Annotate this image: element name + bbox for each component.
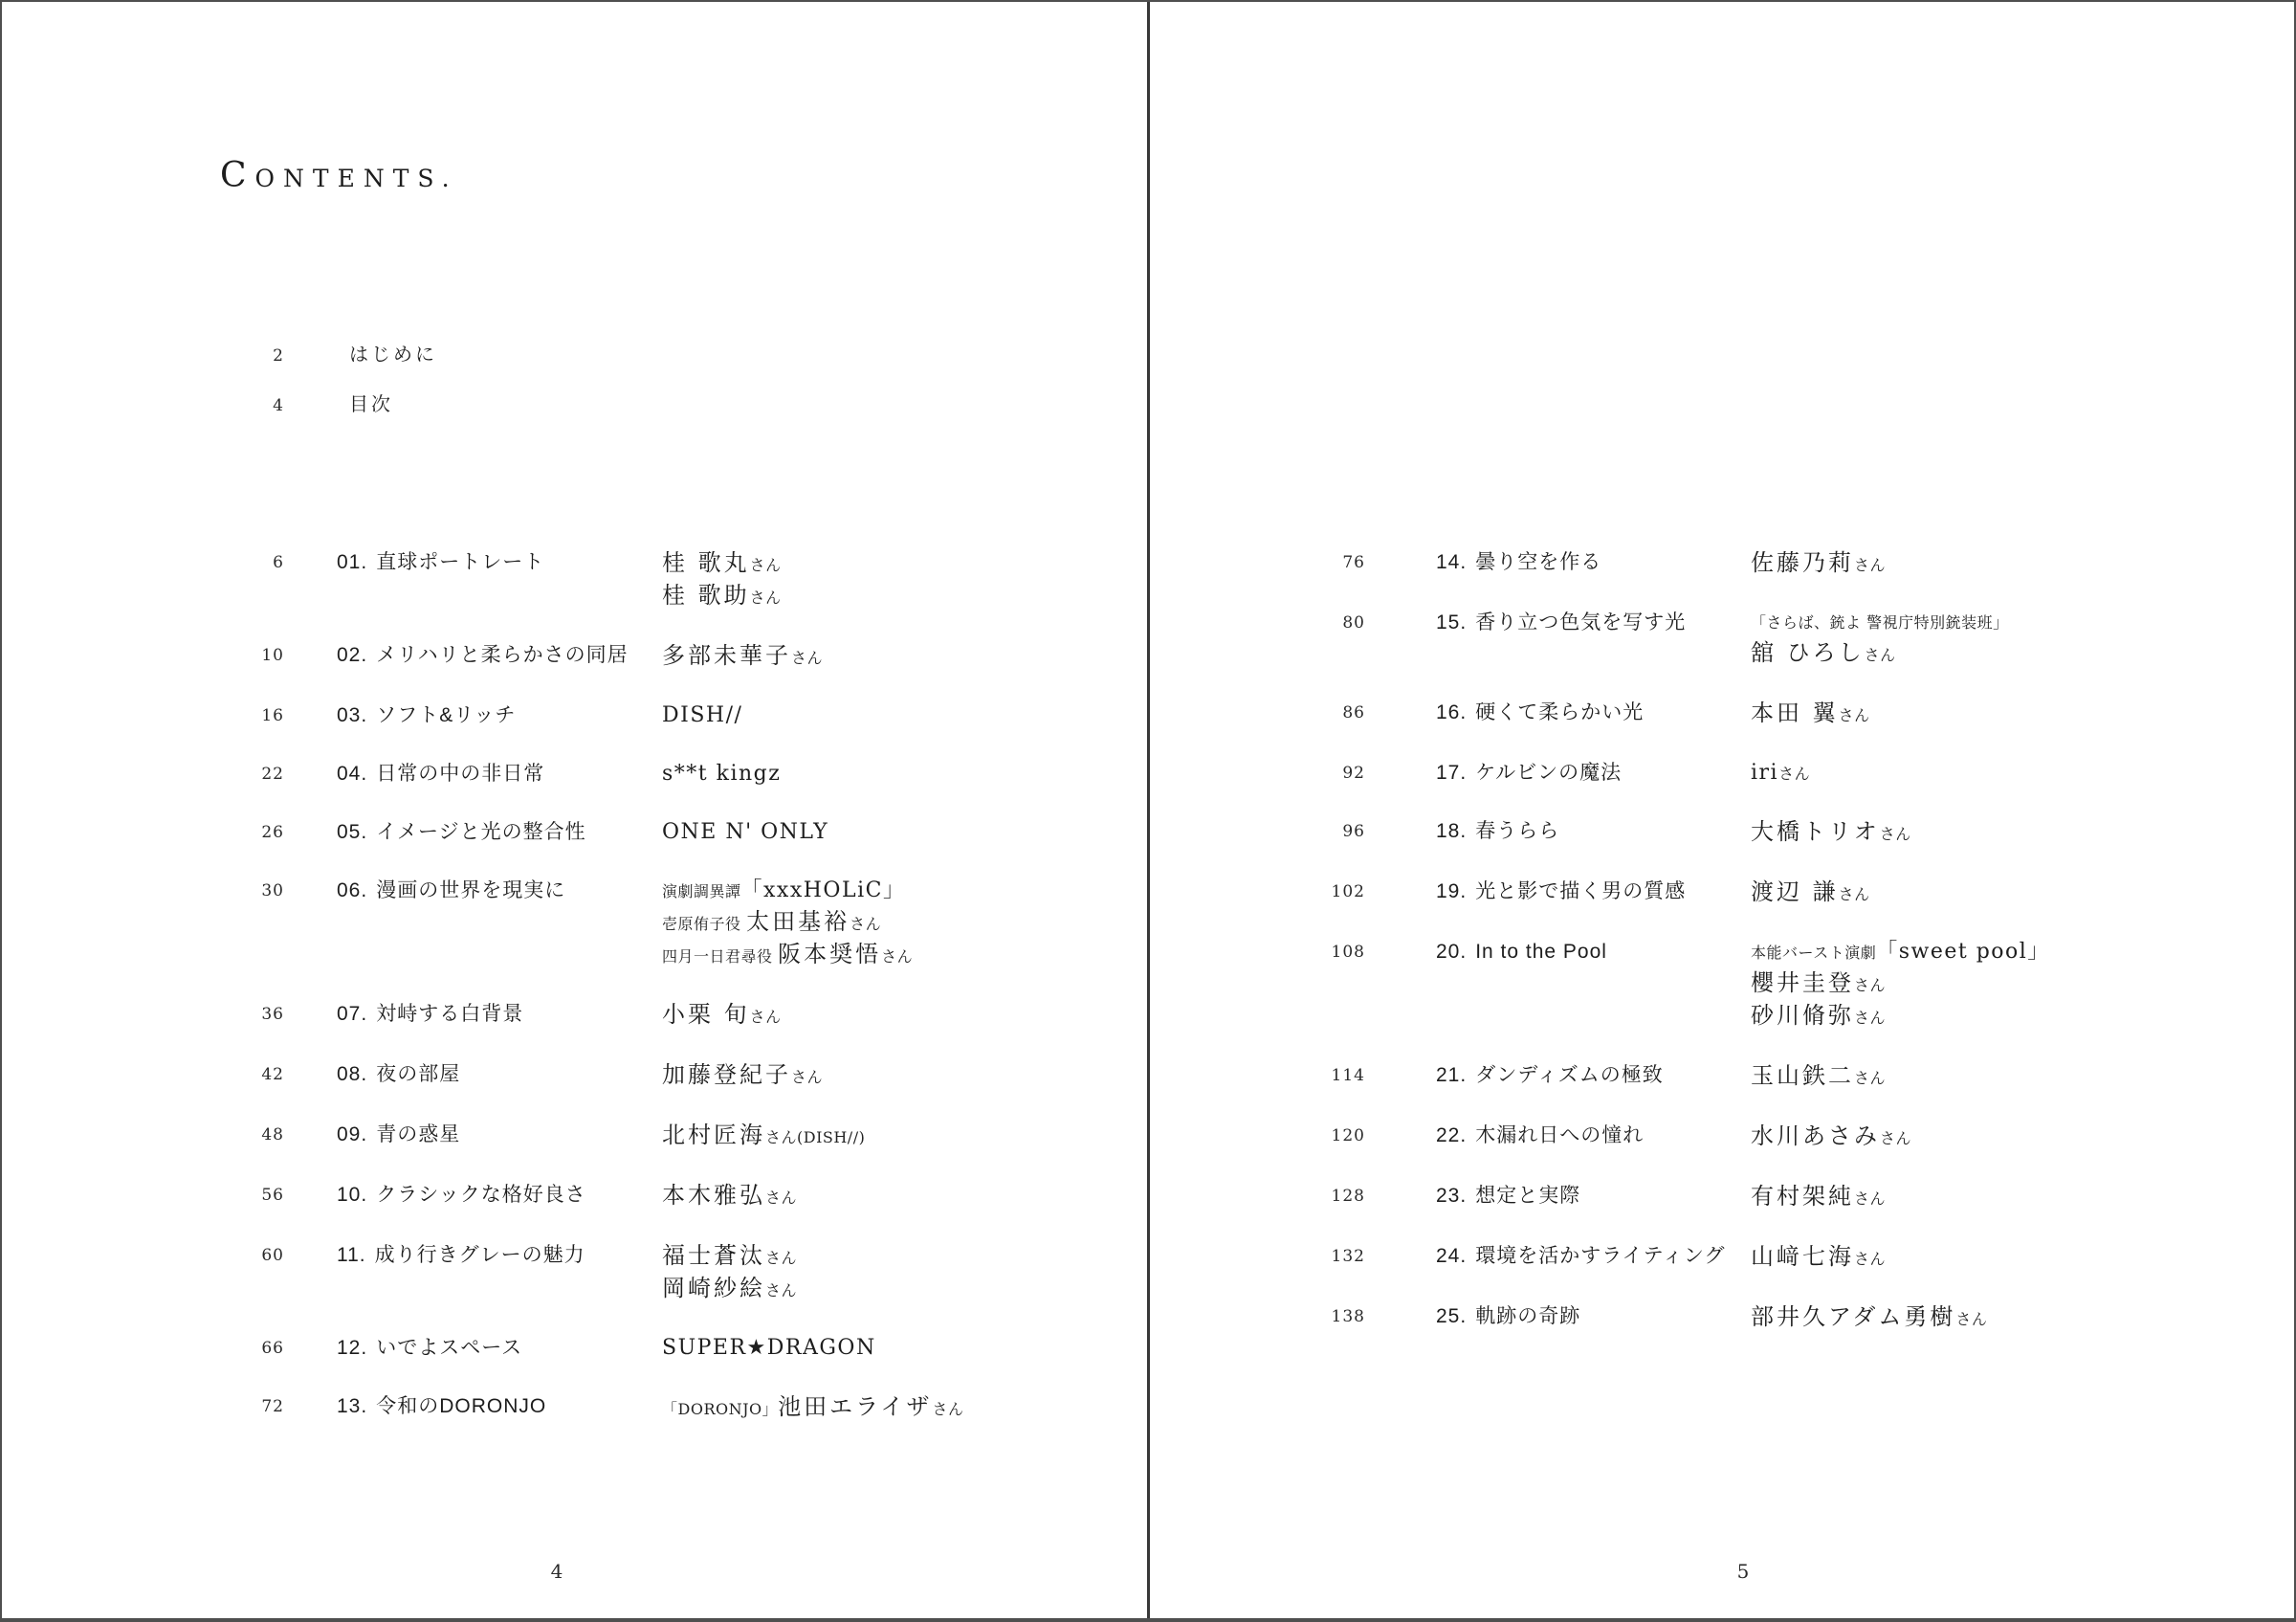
entry-title-text: 令和のDORONJO bbox=[376, 1395, 546, 1417]
name-segment: さん bbox=[1880, 1129, 1911, 1147]
name-segment: さん bbox=[1839, 706, 1870, 724]
name-segment: 砂川脩弥 bbox=[1751, 1002, 1854, 1029]
entry-title: 14.曇り空を作る bbox=[1436, 548, 1751, 577]
name-segment: さん bbox=[791, 1068, 823, 1086]
name-segment: さん bbox=[1854, 1250, 1886, 1268]
entry-page-number: 76 bbox=[1150, 548, 1365, 577]
name-segment: さん bbox=[1839, 885, 1870, 903]
front-matter-label: はじめに bbox=[349, 339, 437, 367]
toc-entry: 6 01.直球ポートレート 桂 歌丸さん桂 歌助さん bbox=[2, 548, 1149, 613]
entry-names: ONE N' ONLY bbox=[662, 818, 1149, 849]
entry-title: 18.春うらら bbox=[1436, 817, 1751, 846]
name-segment: 「xxxHOLiC」 bbox=[741, 878, 906, 902]
name-segment: 本木雅弘 bbox=[662, 1182, 765, 1209]
entry-names: 渡辺 謙さん bbox=[1751, 878, 2296, 910]
entry-title-text: 光と影で描く男の質感 bbox=[1475, 880, 1686, 902]
name-segment: 岡崎紗絵 bbox=[662, 1275, 765, 1301]
entry-title: 02.メリハリと柔らかさの同居 bbox=[337, 641, 662, 670]
toc-entry: 30 06.漫画の世界を現実に 演劇調異譚「xxxHOLiC」壱原侑子役 太田基… bbox=[2, 877, 1149, 972]
name-line: 「さらば、銃よ 警視庁特別銃装班」 bbox=[1751, 609, 2296, 638]
entry-title: 07.対峙する白背景 bbox=[337, 1000, 662, 1029]
entry-number: 03. bbox=[337, 704, 367, 726]
entry-number: 21. bbox=[1436, 1064, 1467, 1086]
entry-names: 佐藤乃莉さん bbox=[1751, 548, 2296, 581]
entry-title: 12.いでよスペース bbox=[337, 1334, 662, 1363]
entry-title: 24.環境を活かすライティング bbox=[1436, 1242, 1751, 1271]
entry-title-text: 曇り空を作る bbox=[1475, 551, 1601, 573]
entry-names: 部井久アダム勇樹さん bbox=[1751, 1302, 2296, 1335]
toc-entry: 10 02.メリハリと柔らかさの同居 多部未華子さん bbox=[2, 641, 1149, 674]
book-spread: CONTENTS. 2 はじめに 4 目次 6 01.直球ポートレート 桂 歌丸… bbox=[0, 0, 2296, 1622]
contents-heading: CONTENTS. bbox=[220, 155, 458, 200]
name-line: 渡辺 謙さん bbox=[1751, 878, 2296, 910]
entry-title: 16.硬くて柔らかい光 bbox=[1436, 699, 1751, 727]
entry-page-number: 138 bbox=[1150, 1302, 1365, 1331]
name-segment: 壱原侑子役 bbox=[662, 915, 746, 933]
entry-title: 17.ケルビンの魔法 bbox=[1436, 759, 1751, 788]
front-matter-row: 4 目次 bbox=[2, 389, 1149, 417]
entry-names: SUPER★DRAGON bbox=[662, 1334, 1149, 1365]
entry-page-number: 128 bbox=[1150, 1182, 1365, 1211]
entry-title: 20.In to the Pool bbox=[1436, 938, 1751, 967]
front-matter-list: 2 はじめに 4 目次 bbox=[2, 339, 1149, 438]
name-line: 桂 歌丸さん bbox=[662, 548, 1149, 581]
name-segment: 「さらば、銃よ 警視庁特別銃装班」 bbox=[1751, 613, 2009, 632]
name-line: ONE N' ONLY bbox=[662, 818, 1149, 849]
name-segment: さん bbox=[750, 556, 782, 574]
name-segment: さん bbox=[1865, 646, 1896, 664]
entry-number: 14. bbox=[1436, 551, 1467, 573]
entry-title: 04.日常の中の非日常 bbox=[337, 760, 662, 789]
entry-title: 13.令和のDORONJO bbox=[337, 1392, 662, 1421]
entry-number: 24. bbox=[1436, 1245, 1467, 1267]
entry-title-text: ケルビンの魔法 bbox=[1475, 762, 1622, 784]
entry-page-number: 80 bbox=[1150, 609, 1365, 637]
name-segment: SUPER★DRAGON bbox=[662, 1336, 876, 1360]
name-segment: 佐藤乃莉 bbox=[1751, 549, 1854, 576]
entry-number: 07. bbox=[337, 1003, 367, 1025]
name-segment: 「sweet pool」 bbox=[1876, 940, 2050, 964]
name-line: 演劇調異譚「xxxHOLiC」 bbox=[662, 877, 1149, 907]
toc-entry: 114 21.ダンディズムの極致 玉山鉄二さん bbox=[1150, 1061, 2296, 1094]
name-segment: さん bbox=[1854, 976, 1886, 994]
entry-title-text: 環境を活かすライティング bbox=[1475, 1245, 1725, 1267]
front-matter-page-number: 4 bbox=[2, 396, 284, 415]
name-segment: 小栗 旬 bbox=[662, 1001, 750, 1028]
toc-entry: 26 05.イメージと光の整合性 ONE N' ONLY bbox=[2, 818, 1149, 849]
name-line: 小栗 旬さん bbox=[662, 1000, 1149, 1033]
entry-title: 03.ソフト&リッチ bbox=[337, 701, 662, 730]
entry-number: 16. bbox=[1436, 701, 1467, 723]
name-segment: さん bbox=[1854, 1009, 1886, 1027]
entry-page-number: 16 bbox=[2, 701, 284, 730]
front-matter-label: 目次 bbox=[349, 389, 393, 416]
name-segment: 多部未華子 bbox=[662, 642, 791, 669]
toc-entry: 42 08.夜の部屋 加藤登紀子さん bbox=[2, 1060, 1149, 1093]
entry-title: 21.ダンディズムの極致 bbox=[1436, 1061, 1751, 1090]
name-segment: さん bbox=[765, 1249, 797, 1267]
entry-title-text: いでよスペース bbox=[376, 1337, 522, 1359]
entry-number: 19. bbox=[1436, 880, 1467, 902]
entry-page-number: 60 bbox=[2, 1241, 284, 1270]
entry-names: 演劇調異譚「xxxHOLiC」壱原侑子役 太田基裕さん四月一日君尋役 阪本奨悟さ… bbox=[662, 877, 1149, 972]
entry-names: 有村架純さん bbox=[1751, 1182, 2296, 1214]
name-segment: 加藤登紀子 bbox=[662, 1061, 791, 1088]
entry-title-text: 香り立つ色気を写す光 bbox=[1475, 611, 1686, 633]
name-line: DISH// bbox=[662, 701, 1149, 732]
name-line: 岡崎紗絵さん bbox=[662, 1274, 1149, 1306]
entry-names: 玉山鉄二さん bbox=[1751, 1061, 2296, 1094]
name-segment: 太田基裕 bbox=[746, 908, 850, 935]
entry-title-text: クラシックな格好良さ bbox=[376, 1184, 586, 1206]
entry-page-number: 36 bbox=[2, 1000, 284, 1029]
name-segment: さん bbox=[765, 1281, 797, 1300]
front-matter-page-number: 2 bbox=[2, 346, 284, 366]
name-line: 有村架純さん bbox=[1751, 1182, 2296, 1214]
entry-page-number: 114 bbox=[1150, 1061, 1365, 1090]
entry-names: 加藤登紀子さん bbox=[662, 1060, 1149, 1093]
entry-number: 20. bbox=[1436, 941, 1467, 963]
name-line: 砂川脩弥さん bbox=[1751, 1001, 2296, 1033]
entry-page-number: 72 bbox=[2, 1392, 284, 1421]
toc-list-right: 76 14.曇り空を作る 佐藤乃莉さん 80 15.香り立つ色気を写す光 「さら… bbox=[1150, 548, 2296, 1363]
name-segment: 四月一日君尋役 bbox=[662, 947, 778, 966]
entry-title-text: In to the Pool bbox=[1475, 941, 1607, 963]
entry-title: 11.成り行きグレーの魅力 bbox=[337, 1241, 662, 1270]
name-segment: 舘 ひろし bbox=[1751, 639, 1865, 666]
toc-entry: 60 11.成り行きグレーの魅力 福士蒼汰さん岡崎紗絵さん bbox=[2, 1241, 1149, 1306]
toc-entry: 36 07.対峙する白背景 小栗 旬さん bbox=[2, 1000, 1149, 1033]
entry-number: 13. bbox=[337, 1395, 367, 1417]
entry-names: 山﨑七海さん bbox=[1751, 1242, 2296, 1275]
name-segment: 本能バースト演劇 bbox=[1751, 944, 1876, 962]
name-line: 水川あさみさん bbox=[1751, 1122, 2296, 1154]
name-segment: iri bbox=[1751, 761, 1778, 785]
name-segment: さん bbox=[765, 1189, 797, 1207]
name-line: 舘 ひろしさん bbox=[1751, 638, 2296, 671]
entry-number: 18. bbox=[1436, 820, 1467, 842]
name-segment: 水川あさみ bbox=[1751, 1122, 1880, 1149]
entry-names: s**t kingz bbox=[662, 760, 1149, 790]
entry-title: 15.香り立つ色気を写す光 bbox=[1436, 609, 1751, 637]
entry-number: 17. bbox=[1436, 762, 1467, 784]
entry-page-number: 102 bbox=[1150, 878, 1365, 906]
entry-page-number: 26 bbox=[2, 818, 284, 847]
name-line: 大橋トリオさん bbox=[1751, 817, 2296, 850]
entry-page-number: 86 bbox=[1150, 699, 1365, 727]
name-segment: さん bbox=[1955, 1310, 1987, 1328]
entry-page-number: 30 bbox=[2, 877, 284, 905]
entry-names: 本木雅弘さん bbox=[662, 1181, 1149, 1213]
entry-number: 23. bbox=[1436, 1185, 1467, 1207]
toc-entry: 22 04.日常の中の非日常 s**t kingz bbox=[2, 760, 1149, 790]
entry-title: 23.想定と実際 bbox=[1436, 1182, 1751, 1211]
entry-page-number: 108 bbox=[1150, 938, 1365, 967]
name-line: 本能バースト演劇「sweet pool」 bbox=[1751, 938, 2296, 968]
toc-entry: 66 12.いでよスペース SUPER★DRAGON bbox=[2, 1334, 1149, 1365]
entry-names: DISH// bbox=[662, 701, 1149, 732]
name-segment: 有村架純 bbox=[1751, 1183, 1854, 1210]
name-line: 加藤登紀子さん bbox=[662, 1060, 1149, 1093]
toc-entry: 48 09.青の惑星 北村匠海さん(DISH//) bbox=[2, 1121, 1149, 1153]
entry-names: 「DORONJO」池田エライザさん bbox=[662, 1392, 1149, 1425]
entry-names: 水川あさみさん bbox=[1751, 1122, 2296, 1154]
name-segment: DISH// bbox=[662, 703, 742, 727]
contents-heading-initial: C bbox=[220, 156, 255, 195]
name-segment: さん bbox=[1778, 765, 1810, 783]
name-line: iriさん bbox=[1751, 759, 2296, 789]
name-segment: さん bbox=[1854, 556, 1886, 574]
entry-number: 11. bbox=[337, 1244, 366, 1266]
contents-heading-rest: ONTENTS. bbox=[255, 165, 458, 192]
name-line: 多部未華子さん bbox=[662, 641, 1149, 674]
entry-number: 04. bbox=[337, 763, 367, 785]
toc-entry: 16 03.ソフト&リッチ DISH// bbox=[2, 701, 1149, 732]
toc-entry: 86 16.硬くて柔らかい光 本田 翼さん bbox=[1150, 699, 2296, 731]
name-segment: さん(DISH//) bbox=[765, 1128, 865, 1146]
entry-title-text: 軌跡の奇跡 bbox=[1475, 1305, 1580, 1327]
name-segment: 桂 歌丸 bbox=[662, 549, 750, 576]
entry-names: iriさん bbox=[1751, 759, 2296, 789]
entry-title: 22.木漏れ日への憧れ bbox=[1436, 1122, 1751, 1150]
entry-title: 06.漫画の世界を現実に bbox=[337, 877, 662, 905]
entry-number: 05. bbox=[337, 821, 367, 843]
entry-page-number: 92 bbox=[1150, 759, 1365, 788]
name-segment: さん bbox=[750, 589, 782, 607]
name-segment: 福士蒼汰 bbox=[662, 1242, 765, 1269]
entry-number: 09. bbox=[337, 1123, 367, 1145]
toc-entry: 128 23.想定と実際 有村架純さん bbox=[1150, 1182, 2296, 1214]
name-segment: 渡辺 謙 bbox=[1751, 878, 1839, 905]
entry-title-text: 成り行きグレーの魅力 bbox=[375, 1244, 585, 1266]
entry-title: 09.青の惑星 bbox=[337, 1121, 662, 1149]
name-segment: さん bbox=[1880, 825, 1911, 843]
entry-page-number: 10 bbox=[2, 641, 284, 670]
entry-title-text: 硬くて柔らかい光 bbox=[1475, 701, 1644, 723]
entry-page-number: 132 bbox=[1150, 1242, 1365, 1271]
entry-page-number: 96 bbox=[1150, 817, 1365, 846]
entry-title: 19.光と影で描く男の質感 bbox=[1436, 878, 1751, 906]
name-segment: 北村匠海 bbox=[662, 1122, 765, 1148]
entry-number: 10. bbox=[337, 1184, 367, 1206]
entry-page-number: 48 bbox=[2, 1121, 284, 1149]
entry-names: 小栗 旬さん bbox=[662, 1000, 1149, 1033]
name-segment: 部井久アダム勇樹 bbox=[1751, 1303, 1955, 1330]
entry-names: 本田 翼さん bbox=[1751, 699, 2296, 731]
entry-names: 北村匠海さん(DISH//) bbox=[662, 1121, 1149, 1153]
entry-page-number: 42 bbox=[2, 1060, 284, 1089]
entry-names: 本能バースト演劇「sweet pool」櫻井圭登さん砂川脩弥さん bbox=[1751, 938, 2296, 1033]
name-segment: 山﨑七海 bbox=[1751, 1243, 1854, 1270]
entry-number: 02. bbox=[337, 644, 367, 666]
entry-title-text: 青の惑星 bbox=[376, 1123, 460, 1145]
name-segment: さん bbox=[850, 915, 881, 933]
entry-number: 01. bbox=[337, 551, 367, 573]
name-segment: さん bbox=[750, 1008, 782, 1026]
entry-title-text: 日常の中の非日常 bbox=[376, 763, 544, 785]
toc-entry: 72 13.令和のDORONJO 「DORONJO」池田エライザさん bbox=[2, 1392, 1149, 1425]
name-segment: 「DORONJO」 bbox=[662, 1400, 778, 1418]
name-line: s**t kingz bbox=[662, 760, 1149, 790]
right-page-folio: 5 bbox=[1737, 1560, 1750, 1583]
entry-title: 05.イメージと光の整合性 bbox=[337, 818, 662, 847]
entry-page-number: 66 bbox=[2, 1334, 284, 1363]
entry-page-number: 120 bbox=[1150, 1122, 1365, 1150]
entry-page-number: 56 bbox=[2, 1181, 284, 1210]
entry-title-text: 対峙する白背景 bbox=[376, 1003, 523, 1025]
entry-title-text: 夜の部屋 bbox=[376, 1063, 460, 1085]
name-segment: 本田 翼 bbox=[1751, 700, 1839, 726]
toc-entry: 56 10.クラシックな格好良さ 本木雅弘さん bbox=[2, 1181, 1149, 1213]
entry-names: 福士蒼汰さん岡崎紗絵さん bbox=[662, 1241, 1149, 1306]
name-segment: 演劇調異譚 bbox=[662, 882, 741, 900]
entry-title-text: メリハリと柔らかさの同居 bbox=[376, 644, 628, 666]
entry-title-text: 春うらら bbox=[1475, 820, 1559, 842]
name-line: 「DORONJO」池田エライザさん bbox=[662, 1392, 1149, 1425]
name-segment: 池田エライザ bbox=[778, 1393, 932, 1420]
name-line: 桂 歌助さん bbox=[662, 581, 1149, 613]
entry-names: 桂 歌丸さん桂 歌助さん bbox=[662, 548, 1149, 613]
name-line: 本田 翼さん bbox=[1751, 699, 2296, 731]
toc-entry: 132 24.環境を活かすライティング 山﨑七海さん bbox=[1150, 1242, 2296, 1275]
entry-title-text: 想定と実際 bbox=[1475, 1185, 1580, 1207]
name-segment: s**t kingz bbox=[662, 762, 781, 786]
name-line: 玉山鉄二さん bbox=[1751, 1061, 2296, 1094]
entry-number: 22. bbox=[1436, 1124, 1467, 1146]
entry-title: 10.クラシックな格好良さ bbox=[337, 1181, 662, 1210]
name-line: 本木雅弘さん bbox=[662, 1181, 1149, 1213]
entry-title-text: 直球ポートレート bbox=[376, 551, 544, 573]
name-segment: ONE N' ONLY bbox=[662, 820, 828, 844]
toc-entry: 96 18.春うらら 大橋トリオさん bbox=[1150, 817, 2296, 850]
left-page-folio: 4 bbox=[551, 1560, 563, 1583]
name-segment: 大橋トリオ bbox=[1751, 818, 1880, 845]
entry-page-number: 6 bbox=[2, 548, 284, 577]
entry-title: 25.軌跡の奇跡 bbox=[1436, 1302, 1751, 1331]
entry-page-number: 22 bbox=[2, 760, 284, 789]
name-line: 北村匠海さん(DISH//) bbox=[662, 1121, 1149, 1153]
toc-entry: 80 15.香り立つ色気を写す光 「さらば、銃よ 警視庁特別銃装班」舘 ひろしさ… bbox=[1150, 609, 2296, 671]
name-segment: さん bbox=[881, 947, 913, 966]
name-line: 山﨑七海さん bbox=[1751, 1242, 2296, 1275]
entry-title-text: イメージと光の整合性 bbox=[376, 821, 585, 843]
name-line: 福士蒼汰さん bbox=[662, 1241, 1149, 1274]
entry-number: 06. bbox=[337, 879, 367, 901]
entry-title-text: ダンディズムの極致 bbox=[1475, 1064, 1664, 1086]
entry-title-text: ソフト&リッチ bbox=[376, 704, 516, 726]
entry-names: 大橋トリオさん bbox=[1751, 817, 2296, 850]
name-segment: さん bbox=[791, 649, 823, 667]
name-line: 壱原侑子役 太田基裕さん bbox=[662, 907, 1149, 940]
name-segment: さん bbox=[932, 1400, 963, 1418]
name-line: 四月一日君尋役 阪本奨悟さん bbox=[662, 940, 1149, 972]
name-line: 櫻井圭登さん bbox=[1751, 968, 2296, 1001]
entry-names: 「さらば、銃よ 警視庁特別銃装班」舘 ひろしさん bbox=[1751, 609, 2296, 671]
toc-entry: 76 14.曇り空を作る 佐藤乃莉さん bbox=[1150, 548, 2296, 581]
entry-number: 12. bbox=[337, 1337, 367, 1359]
toc-entry: 120 22.木漏れ日への憧れ 水川あさみさん bbox=[1150, 1122, 2296, 1154]
name-segment: 阪本奨悟 bbox=[778, 941, 881, 967]
entry-title-text: 漫画の世界を現実に bbox=[376, 879, 565, 901]
name-segment: 玉山鉄二 bbox=[1751, 1062, 1854, 1089]
entry-number: 15. bbox=[1436, 611, 1467, 633]
name-line: SUPER★DRAGON bbox=[662, 1334, 1149, 1365]
toc-entry: 102 19.光と影で描く男の質感 渡辺 謙さん bbox=[1150, 878, 2296, 910]
name-segment: さん bbox=[1854, 1189, 1886, 1208]
entry-number: 08. bbox=[337, 1063, 367, 1085]
front-matter-row: 2 はじめに bbox=[2, 339, 1149, 367]
toc-entry: 138 25.軌跡の奇跡 部井久アダム勇樹さん bbox=[1150, 1302, 2296, 1335]
name-segment: 櫻井圭登 bbox=[1751, 969, 1854, 996]
name-line: 佐藤乃莉さん bbox=[1751, 548, 2296, 581]
name-segment: さん bbox=[1854, 1069, 1886, 1087]
entry-number: 25. bbox=[1436, 1305, 1467, 1327]
entry-title: 08.夜の部屋 bbox=[337, 1060, 662, 1089]
name-segment: 桂 歌助 bbox=[662, 582, 750, 609]
toc-entry: 108 20.In to the Pool 本能バースト演劇「sweet poo… bbox=[1150, 938, 2296, 1033]
entry-title-text: 木漏れ日への憧れ bbox=[1475, 1124, 1644, 1146]
name-line: 部井久アダム勇樹さん bbox=[1751, 1302, 2296, 1335]
toc-entry: 92 17.ケルビンの魔法 iriさん bbox=[1150, 759, 2296, 789]
entry-names: 多部未華子さん bbox=[662, 641, 1149, 674]
entry-title: 01.直球ポートレート bbox=[337, 548, 662, 577]
toc-list-left: 6 01.直球ポートレート 桂 歌丸さん桂 歌助さん 10 02.メリハリと柔ら… bbox=[2, 548, 1149, 1453]
